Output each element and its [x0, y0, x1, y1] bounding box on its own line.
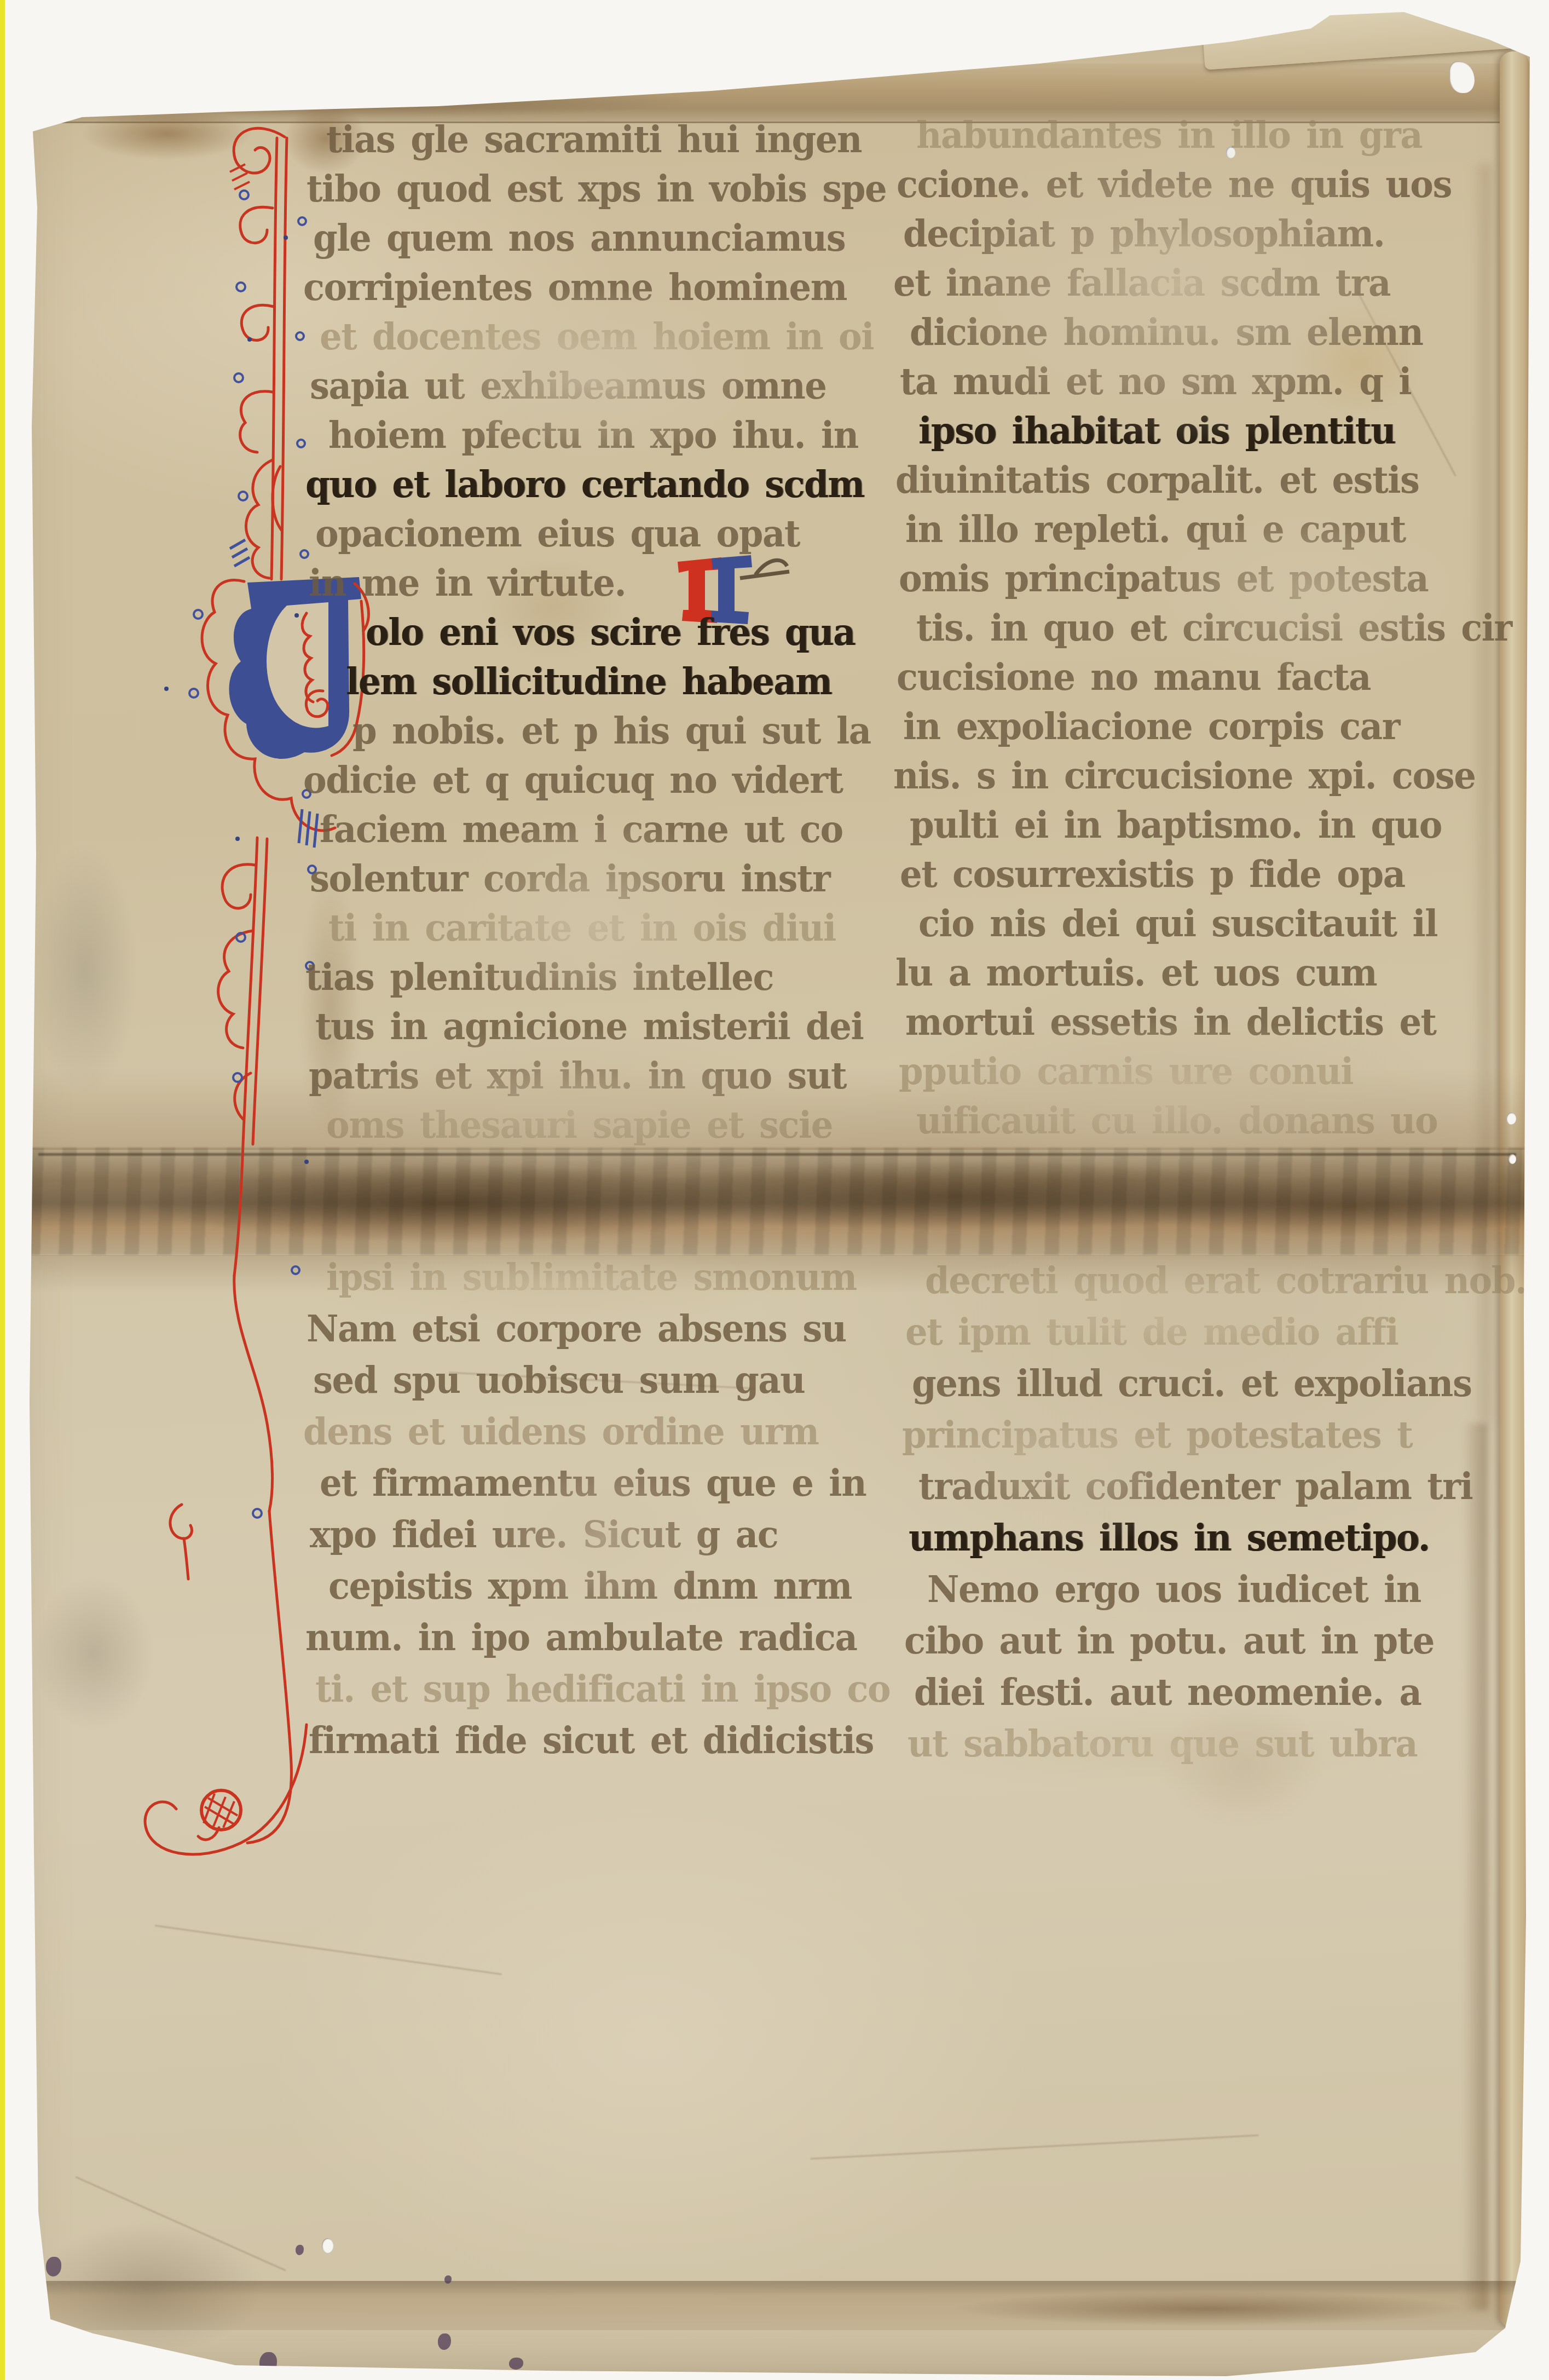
text-line: traduxit cofidenter palam tri: [918, 1463, 1472, 1511]
text-line: quo et laboro certando scdm: [305, 461, 864, 509]
text-line: et inane fallacia scdm tra: [893, 260, 1390, 308]
text-line: Nam etsi corpore absens su: [307, 1305, 846, 1353]
text-column-upper-left: tias gle sacramiti hui ingentibo quod es…: [302, 116, 860, 1156]
hole: [22, 1155, 30, 1165]
text-line: ti in caritate et in ois diui: [328, 904, 836, 953]
text-line: solentur corda ipsoru instr: [310, 855, 830, 903]
text-line: umphans illos in semetipo.: [909, 1514, 1430, 1563]
hole: [22, 1109, 31, 1121]
hole: [1284, 19, 1298, 30]
text-line: hoiem pfectu in xpo ihu. in: [328, 412, 858, 460]
text-line: et cosurrexistis p fide opa: [900, 851, 1405, 899]
text-line: firmati fide sicut et didicistis: [309, 1717, 874, 1765]
scanner-edge-strip: [0, 0, 5, 2380]
ink-blot: [509, 2358, 523, 2370]
text-column-lower-right: decreti quod erat cotrariu nob.et ipm tu…: [901, 1257, 1459, 1783]
right-edge-shadow: [1463, 1424, 1488, 2310]
text-line: decipiat p phylosophiam.: [903, 210, 1384, 258]
manuscript-leaf: tias gle sacramiti hui ingentibo quod es…: [0, 0, 1549, 2380]
text-line: ta mudi et no sm xpm. q i: [900, 358, 1411, 406]
text-line: dens et uidens ordine urm: [303, 1408, 819, 1456]
text-line: pputio carnis ure conui: [899, 1048, 1353, 1096]
hole: [322, 2238, 333, 2253]
text-line: faciem meam i carne ut co: [320, 806, 843, 854]
text-line: tus in agnicione misterii dei: [315, 1003, 863, 1051]
text-line: cucisione no manu facta: [897, 654, 1371, 702]
text-line: gle quem nos annunciamus: [313, 215, 845, 263]
text-line: cibo aut in potu. aut in pte: [904, 1617, 1434, 1666]
bottom-crease-shadow: [909, 2289, 1511, 2329]
middle-fold-band: [30, 1148, 1527, 1255]
text-column-upper-right: habundantes in illo in graccione. et vid…: [892, 112, 1450, 1152]
text-line: gens illud cruci. et expolians: [912, 1360, 1471, 1408]
red-hatch-marks: [230, 164, 250, 189]
hole: [1506, 1113, 1516, 1125]
text-line: decreti quod erat cotrariu nob.: [925, 1257, 1527, 1305]
text-line: ut sabbatoru que sut ubra: [908, 1720, 1417, 1768]
text-column-lower-left: ipsi in sublimitate smonumNam etsi corpo…: [302, 1254, 860, 1779]
ink-blot: [259, 2352, 277, 2374]
text-line: num. in ipo ambulate radica: [305, 1614, 857, 1662]
text-line: olo eni vos scire fres qua: [366, 609, 855, 657]
red-scribble: [1531, 2331, 1541, 2347]
text-line: Nemo ergo uos iudicet in: [927, 1566, 1421, 1614]
text-line: p nobis. et p his qui sut la: [352, 707, 871, 756]
stain: [33, 1577, 153, 1730]
text-line: ipso ihabitat ois plentitu: [918, 407, 1395, 456]
text-line: xpo fidei ure. Sicut g ac: [310, 1511, 778, 1559]
text-line: in expoliacione corpis car: [903, 703, 1400, 751]
text-line: tibo quod est xps in vobis spe: [307, 165, 886, 214]
ink-blot: [296, 2245, 304, 2255]
text-line: sapia ut exhibeamus omne: [310, 362, 826, 411]
stain: [82, 107, 252, 160]
top-right-flap: [1201, 0, 1514, 70]
text-line: in me in virtute.: [309, 560, 626, 608]
scan-background: tias gle sacramiti hui ingentibo quod es…: [0, 0, 1549, 2380]
text-line: et firmamentu eius que e in: [320, 1460, 866, 1508]
stain: [33, 2223, 263, 2354]
text-line: ipsi in sublimitate smonum: [326, 1254, 857, 1302]
text-line: tias plenitudinis intellec: [305, 954, 773, 1002]
text-line: cio nis dei qui suscitauit il: [918, 900, 1437, 948]
crease-line: [810, 2135, 1258, 2160]
hatched-ball: [204, 1794, 238, 1828]
text-line: pulti ei in baptismo. in quo: [910, 802, 1442, 850]
text-line: nis. s in circucisione xpi. cose: [893, 752, 1475, 800]
text-line: diuinitatis corpalit. et estis: [895, 457, 1419, 505]
text-line: sed spu uobiscu sum gau: [313, 1357, 805, 1405]
text-line: corripientes omne hominem: [303, 264, 847, 312]
crease-line: [155, 1924, 502, 1975]
text-line: cepistis xpm ihm dnm nrm: [328, 1563, 852, 1611]
ink-blot: [438, 2333, 451, 2350]
hole: [1508, 1154, 1516, 1164]
text-line: ccione. et videte ne quis uos: [897, 161, 1452, 209]
text-line: tias gle sacramiti hui ingen: [326, 116, 862, 164]
text-line: principatus et potestates t: [902, 1411, 1412, 1460]
text-line: mortui essetis in delictis et: [905, 999, 1436, 1047]
text-line: oms thesauri sapie et scie: [326, 1102, 833, 1150]
text-line: dicione hominu. sm elemn: [910, 309, 1423, 357]
text-line: patris et xpi ihu. in quo sut: [309, 1052, 846, 1100]
text-line: diei festi. aut neomenie. a: [914, 1669, 1421, 1717]
text-line: uificauit cu illo. donans uo: [916, 1097, 1437, 1145]
blue-penwork-dots: [189, 191, 316, 1518]
text-line: et docentes oem hoiem in oi: [320, 313, 874, 361]
blue-penwork-fill-dots: [164, 235, 309, 1164]
text-line: lu a mortuis. et uos cum: [895, 949, 1377, 998]
ink-blot: [89, 2348, 100, 2362]
text-line: in illo repleti. qui e caput: [905, 506, 1406, 554]
text-line: lem sollicitudine habeam: [346, 658, 831, 706]
stain: [33, 843, 137, 1095]
text-line: opacionem eius qua opat: [315, 510, 800, 558]
text-line: et ipm tulit de medio affi: [905, 1309, 1398, 1357]
text-line: omis principatus et potesta: [899, 555, 1428, 603]
text-line: ti. et sup hedificati in ipso co: [315, 1666, 890, 1714]
text-line: tis. in quo et circucisi estis cir: [916, 604, 1512, 653]
text-line: habundantes in illo in gra: [916, 112, 1422, 160]
text-line: odicie et q quicuq no vidert: [303, 757, 843, 805]
top-fold-shadow: [32, 82, 743, 120]
